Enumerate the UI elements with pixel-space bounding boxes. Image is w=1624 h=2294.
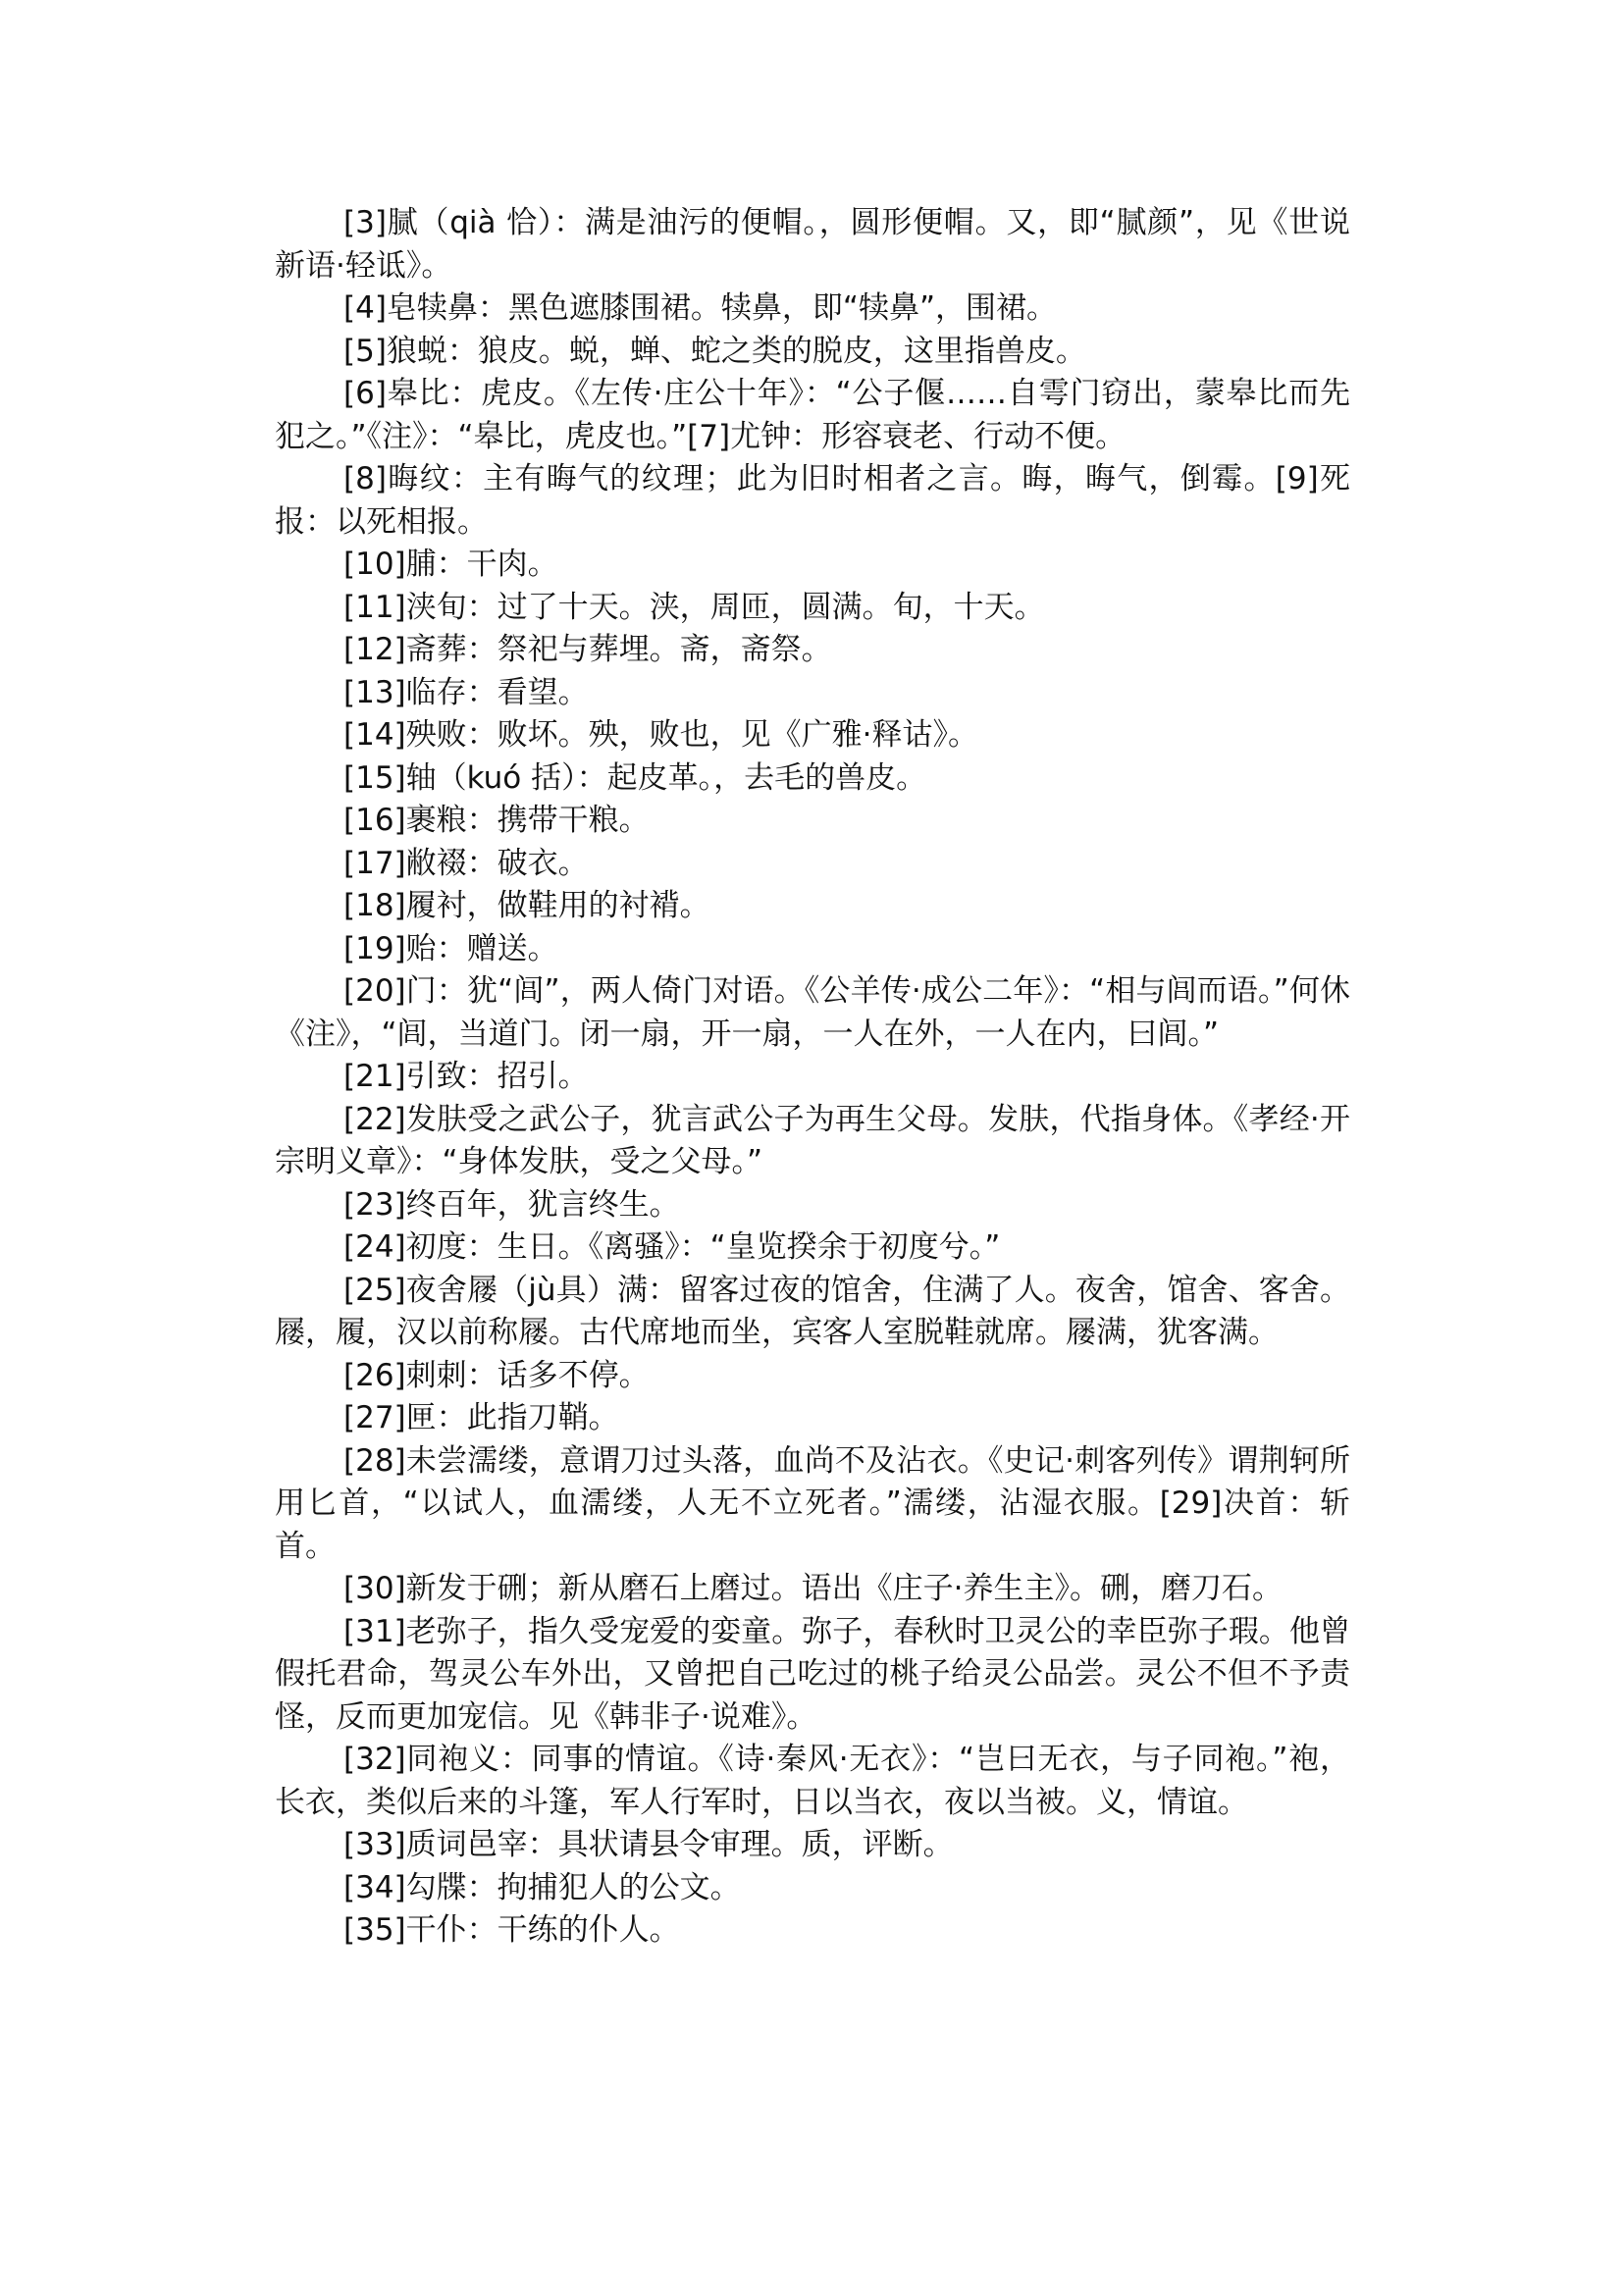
note-19: [19]贻：赠送。	[275, 928, 1350, 971]
note-32: [32]同袍义：同事的情谊。《诗·秦风·无衣》：“岂曰无衣，与子同袍。”袍，长衣…	[275, 1739, 1350, 1824]
note-21: [21]引致：招引。	[275, 1056, 1350, 1099]
note-34: [34]勾牒：拘捕犯人的公文。	[275, 1867, 1350, 1910]
note-26: [26]刺刺：话多不停。	[275, 1355, 1350, 1398]
note-24: [24]初度：生日。《离骚》：“皇览揆余于初度兮。”	[275, 1226, 1350, 1270]
note-10: [10]脯：干肉。	[275, 544, 1350, 587]
note-14: [14]殃败：败坏。殃，败也，见《广雅·释诂》。	[275, 714, 1350, 757]
note-13: [13]临存：看望。	[275, 672, 1350, 715]
note-16: [16]裹粮：携带干粮。	[275, 800, 1350, 843]
note-33: [33]质词邑宰：具状请县令审理。质，评断。	[275, 1824, 1350, 1867]
note-15: [15]轴（kuó 括）：起皮革。，去毛的兽皮。	[275, 757, 1350, 801]
note-23: [23]终百年，犹言终生。	[275, 1184, 1350, 1227]
annotation-page: [3]腻（qià 恰）：满是油污的便帽。，圆形便帽。又，即“腻颜”，见《世说新语…	[275, 202, 1350, 1953]
note-3: [3]腻（qià 恰）：满是油污的便帽。，圆形便帽。又，即“腻颜”，见《世说新语…	[275, 202, 1350, 287]
note-18: [18]履衬，做鞋用的衬褙。	[275, 885, 1350, 928]
note-28-29: [28]未尝濡缕，意谓刀过头落，血尚不及沾衣。《史记·刺客列传》谓荆轲所用匕首，…	[275, 1440, 1350, 1569]
note-12: [12]斋葬：祭祀与葬埋。斋，斋祭。	[275, 629, 1350, 672]
note-6-7: [6]皋比：虎皮。《左传·庄公十年》：“公子偃……自雩门窃出，蒙皋比而先犯之。”…	[275, 373, 1350, 458]
note-30: [30]新发于硎；新从磨石上磨过。语出《庄子·养生主》。硎，磨刀石。	[275, 1568, 1350, 1611]
note-17: [17]敝裰：破衣。	[275, 843, 1350, 886]
note-27: [27]匣：此指刀鞘。	[275, 1397, 1350, 1440]
note-4: [4]皂犊鼻：黑色遮膝围裙。犊鼻，即“犊鼻”，围裙。	[275, 287, 1350, 331]
note-20: [20]门：犹“闾”，两人倚门对语。《公羊传·成公二年》：“相与闾而语。”何休《…	[275, 970, 1350, 1056]
note-31: [31]老弥子，指久受宠爱的娈童。弥子，春秋时卫灵公的幸臣弥子瑕。他曾假托君命，…	[275, 1611, 1350, 1740]
note-5: [5]狼蜕：狼皮。蜕，蝉、蛇之类的脱皮，这里指兽皮。	[275, 331, 1350, 374]
note-8-9: [8]晦纹：主有晦气的纹理；此为旧时相者之言。晦，晦气，倒霉。[9]死报：以死相…	[275, 458, 1350, 544]
note-25: [25]夜舍屦（jù具）满：留客过夜的馆舍，住满了人。夜舍，馆舍、客舍。屦，履，…	[275, 1270, 1350, 1355]
note-35: [35]干仆：干练的仆人。	[275, 1909, 1350, 1953]
note-22: [22]发肤受之武公子，犹言武公子为再生父母。发肤，代指身体。《孝经·开宗明义章…	[275, 1099, 1350, 1184]
note-11: [11]浃旬：过了十天。浃，周匝，圆满。旬，十天。	[275, 587, 1350, 630]
